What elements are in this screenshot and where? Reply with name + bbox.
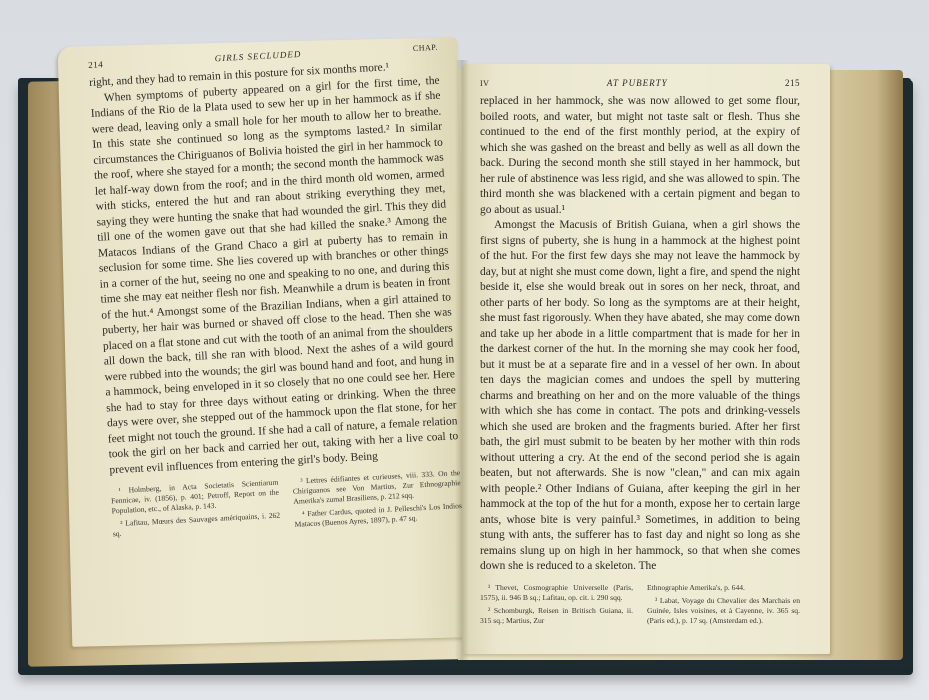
left-paragraph-2: When symptoms of puberty appeared on a g… bbox=[90, 73, 460, 478]
footnote: ¹ Thevet, Cosmographie Universelle (Pari… bbox=[480, 583, 633, 603]
right-footnotes-col-1: ¹ Thevet, Cosmographie Universelle (Pari… bbox=[480, 583, 633, 629]
left-chapter-marker: CHAP. bbox=[413, 43, 438, 53]
right-chapter-marker: IV bbox=[480, 79, 489, 88]
left-page-content: 214 GIRLS SECLUDED CHAP. right, and they… bbox=[88, 42, 463, 543]
left-body-text: right, and they had to remain in this po… bbox=[89, 58, 460, 479]
footnote: ³ Labat, Voyage du Chevalier des Marchai… bbox=[647, 596, 800, 626]
left-footnotes-col-1: ¹ Holmberg, in Acta Societatis Scientiar… bbox=[110, 478, 281, 543]
right-page-content: IV AT PUBERTY 215 replaced in her hammoc… bbox=[480, 78, 800, 629]
right-body-text: replaced in her hammock, she was now all… bbox=[480, 94, 800, 575]
right-footnotes-col-2: Ethnographie Amerika's, p. 644. ³ Labat,… bbox=[647, 583, 800, 629]
right-paragraph-1: replaced in her hammock, she was now all… bbox=[480, 94, 800, 218]
footnote: ² Schomburgk, Reisen in Britisch Guiana,… bbox=[480, 606, 633, 626]
right-running-head: IV AT PUBERTY 215 bbox=[480, 78, 800, 88]
left-footnotes-col-2: ³ Lettres édifiantes et curieuses, viii.… bbox=[292, 468, 463, 533]
right-page-number: 215 bbox=[785, 78, 800, 88]
right-paragraph-2: Amongst the Macusis of British Guiana, w… bbox=[480, 218, 800, 575]
footnote: Ethnographie Amerika's, p. 644. bbox=[647, 583, 800, 593]
right-running-title: AT PUBERTY bbox=[607, 78, 668, 88]
right-footnotes: ¹ Thevet, Cosmographie Universelle (Pari… bbox=[480, 583, 800, 629]
footnote: ¹ Holmberg, in Acta Societatis Scientiar… bbox=[110, 478, 279, 517]
book-gutter bbox=[455, 60, 469, 660]
footnote: ³ Lettres édifiantes et curieuses, viii.… bbox=[292, 468, 461, 507]
left-page-number: 214 bbox=[88, 59, 104, 70]
